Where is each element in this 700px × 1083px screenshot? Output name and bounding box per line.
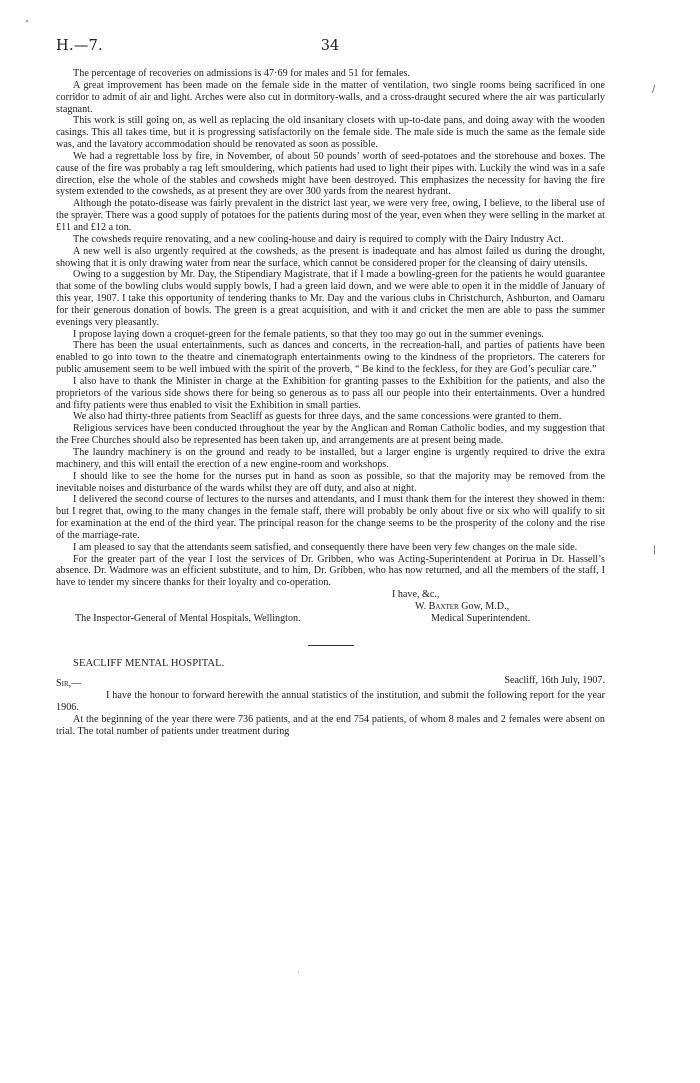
- paragraph-staff-thanks: For the greater part of the year I lost …: [56, 554, 605, 590]
- salutation: Sir,—: [56, 678, 81, 690]
- letter-header: Sir,— Seacliff, 16th July, 1907.: [56, 678, 605, 690]
- section-title: SEACLIFF MENTAL HOSPITAL.: [56, 658, 605, 670]
- paragraph-fire: We had a regrettable loss by fire, in No…: [56, 151, 605, 198]
- paragraph-well: A new well is also urgently required at …: [56, 246, 605, 270]
- section-divider: [308, 645, 354, 646]
- signatory-initial: W.: [415, 601, 426, 612]
- paragraph-attendants: I am pleased to say that the attendants …: [56, 542, 605, 554]
- paragraph-cowsheds: The cowsheds require renovating, and a n…: [56, 234, 605, 246]
- addressee: The Inspector-General of Mental Hospital…: [75, 613, 301, 625]
- scan-speck: [26, 20, 28, 22]
- margin-mark: /: [652, 84, 655, 95]
- scan-speck: [298, 972, 299, 973]
- page-header: H.—7. 34: [56, 38, 604, 58]
- signature-block: I have, &c., W. Baxter Gow, M.D., The In…: [56, 589, 605, 625]
- document-page: H.—7. 34 The percentage of recoveries on…: [0, 0, 700, 1083]
- paragraph-closets: This work is still going on, as well as …: [56, 115, 605, 151]
- paragraph-exhibition: I also have to thank the Minister in cha…: [56, 376, 605, 412]
- paragraph-potato-disease: Although the potato-disease was fairly p…: [56, 198, 605, 234]
- closing-line: I have, &c.,: [392, 589, 439, 601]
- margin-mark: |: [653, 545, 656, 555]
- paragraph-ventilation: A great improvement has been made on the…: [56, 80, 605, 116]
- paragraph-croquet-green: I propose laying down a croquet-green fo…: [56, 329, 605, 341]
- paragraph-lectures: I delivered the second course of lecture…: [56, 494, 605, 541]
- paragraph-seacliff-guests: We also had thirty-three patients from S…: [56, 411, 605, 423]
- paragraph-nurses-home: I should like to see the home for the nu…: [56, 471, 605, 495]
- paragraph-recoveries: The percentage of recoveries on admissio…: [56, 68, 605, 80]
- paragraph-laundry: The laundry machinery is on the ground a…: [56, 447, 605, 471]
- signatory-surname: Gow, M.D.,: [461, 601, 509, 612]
- page-number: 34: [56, 38, 604, 54]
- signatory-name: W. Baxter Gow, M.D.,: [415, 601, 509, 613]
- paragraph-religious-services: Religious services have been conducted t…: [56, 423, 605, 447]
- report-body: The percentage of recoveries on admissio…: [56, 68, 605, 737]
- dateline: Seacliff, 16th July, 1907.: [504, 675, 605, 687]
- paragraph-patient-numbers: At the beginning of the year there were …: [56, 714, 605, 738]
- signatory-middle-name: Baxter: [429, 601, 459, 612]
- paragraph-bowling-green: Owing to a suggestion by Mr. Day, the St…: [56, 269, 605, 328]
- paragraph-forwarding: I have the honour to forward herewith th…: [56, 690, 605, 714]
- paragraph-entertainments: There has been the usual entertainments,…: [56, 340, 605, 376]
- signatory-title: Medical Superintendent.: [431, 613, 530, 625]
